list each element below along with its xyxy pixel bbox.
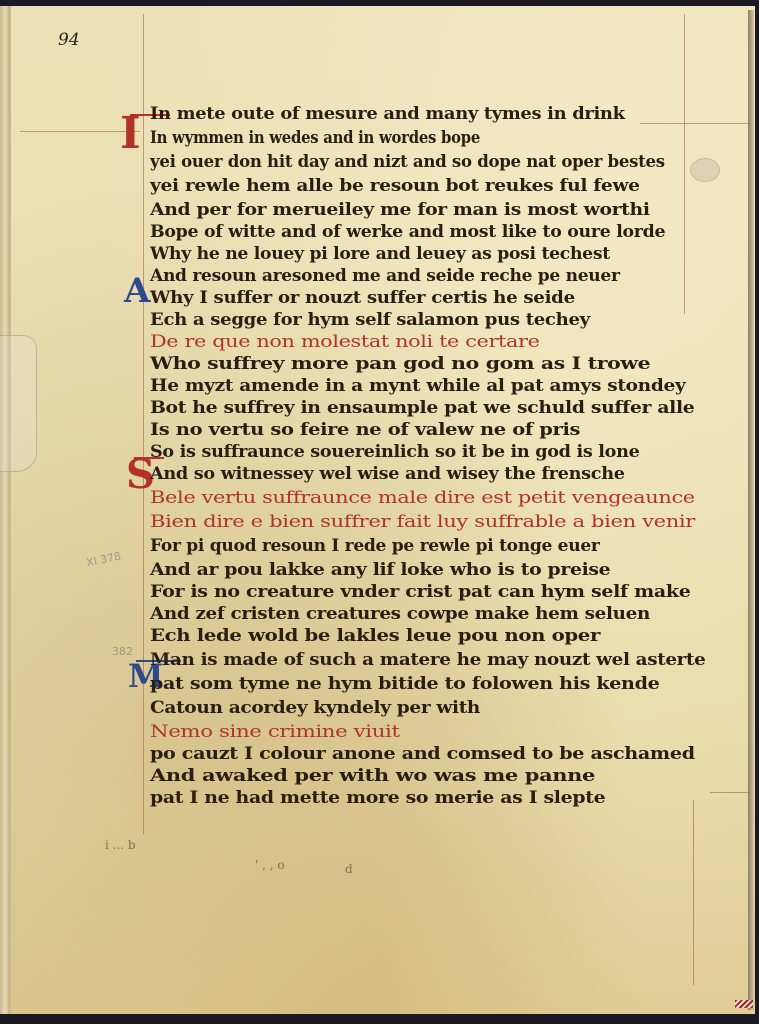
text-line: pat som tyme ne hym bitide to folowen hi…: [150, 674, 659, 694]
text-line: And zef cristen creatures cowpe make hem…: [150, 604, 650, 624]
ruling-horizontal-bottom-right: [710, 792, 750, 793]
folio-number: 94: [58, 30, 80, 50]
ruling-vertical-left: [143, 14, 144, 834]
text-line: Bot he suffrey in ensaumple pat we schul…: [150, 398, 694, 418]
text-line: And awaked per with wo was me panne: [150, 766, 595, 786]
ink-offset-marks: d: [345, 862, 353, 876]
text-line: yei ouer don hit day and nizt and so dop…: [150, 152, 665, 172]
text-line: For is no creature vnder crist pat can h…: [150, 582, 690, 602]
text-line: And resoun aresoned me and seide reche p…: [150, 266, 620, 286]
ruling-horizontal-top-right: [640, 123, 750, 124]
text-line: pat I ne had mette more so merie as I sl…: [150, 788, 605, 808]
rubric-line: Bele vertu suffraunce male dire est peti…: [150, 488, 695, 508]
rubric-line: Nemo sine crimine viuit: [150, 722, 400, 742]
ink-offset-marks: ' , , o: [255, 858, 285, 872]
page-right-edge: [748, 10, 754, 1010]
text-line: So is suffraunce souereinlich so it be i…: [150, 442, 640, 462]
text-line: He myzt amende in a mynt while al pat am…: [150, 376, 685, 396]
text-line: For pi quod resoun I rede pe rewle pi to…: [150, 536, 600, 556]
rubric-line: De re que non molestat noli te certare: [150, 332, 540, 352]
text-line: yei rewle hem alle be resoun bot reukes …: [150, 176, 640, 196]
text-line: po cauzt I colour anone and comsed to be…: [150, 744, 695, 764]
text-line: Why he ne louey pi lore and leuey as pos…: [150, 244, 610, 264]
text-line: Man is made of such a matere he may nouz…: [150, 650, 705, 670]
text-line: Bope of witte and of werke and most like…: [150, 222, 665, 242]
text-line: Why I suffer or nouzt suffer certis he s…: [150, 288, 575, 308]
parchment-stain: [690, 158, 720, 182]
binding-edge: [735, 1000, 753, 1008]
text-line: Ech a segge for hym self salamon pus tec…: [150, 310, 590, 330]
text-line: Who suffrey more pan god no gom as I tro…: [150, 354, 650, 374]
text-line: And so witnessey wel wise and wisey the …: [150, 464, 625, 484]
rubric-line: Bien dire e bien suffrer fait luy suffra…: [150, 512, 695, 532]
text-line: And per for merueiley me for man is most…: [150, 200, 650, 220]
ruling-vertical-right-lower: [693, 800, 694, 985]
text-line: Ech lede wold be lakles leue pou non ope…: [150, 626, 600, 646]
text-line: And ar pou lakke any lif loke who is to …: [150, 560, 610, 580]
text-line: In wymmen in wedes and in wordes bope: [150, 128, 480, 148]
decorated-initial: A: [124, 274, 150, 308]
text-line: Catoun acordey kyndely per with: [150, 698, 480, 718]
decorated-initial: I: [120, 112, 141, 156]
page-tab-marker: [0, 335, 37, 472]
text-line: Is no vertu so feire ne of valew ne of p…: [150, 420, 580, 440]
text-line: In mete oute of mesure and many tymes in…: [150, 104, 625, 124]
ink-offset-marks: i ... b: [105, 838, 136, 852]
ruling-vertical-right: [684, 14, 685, 314]
